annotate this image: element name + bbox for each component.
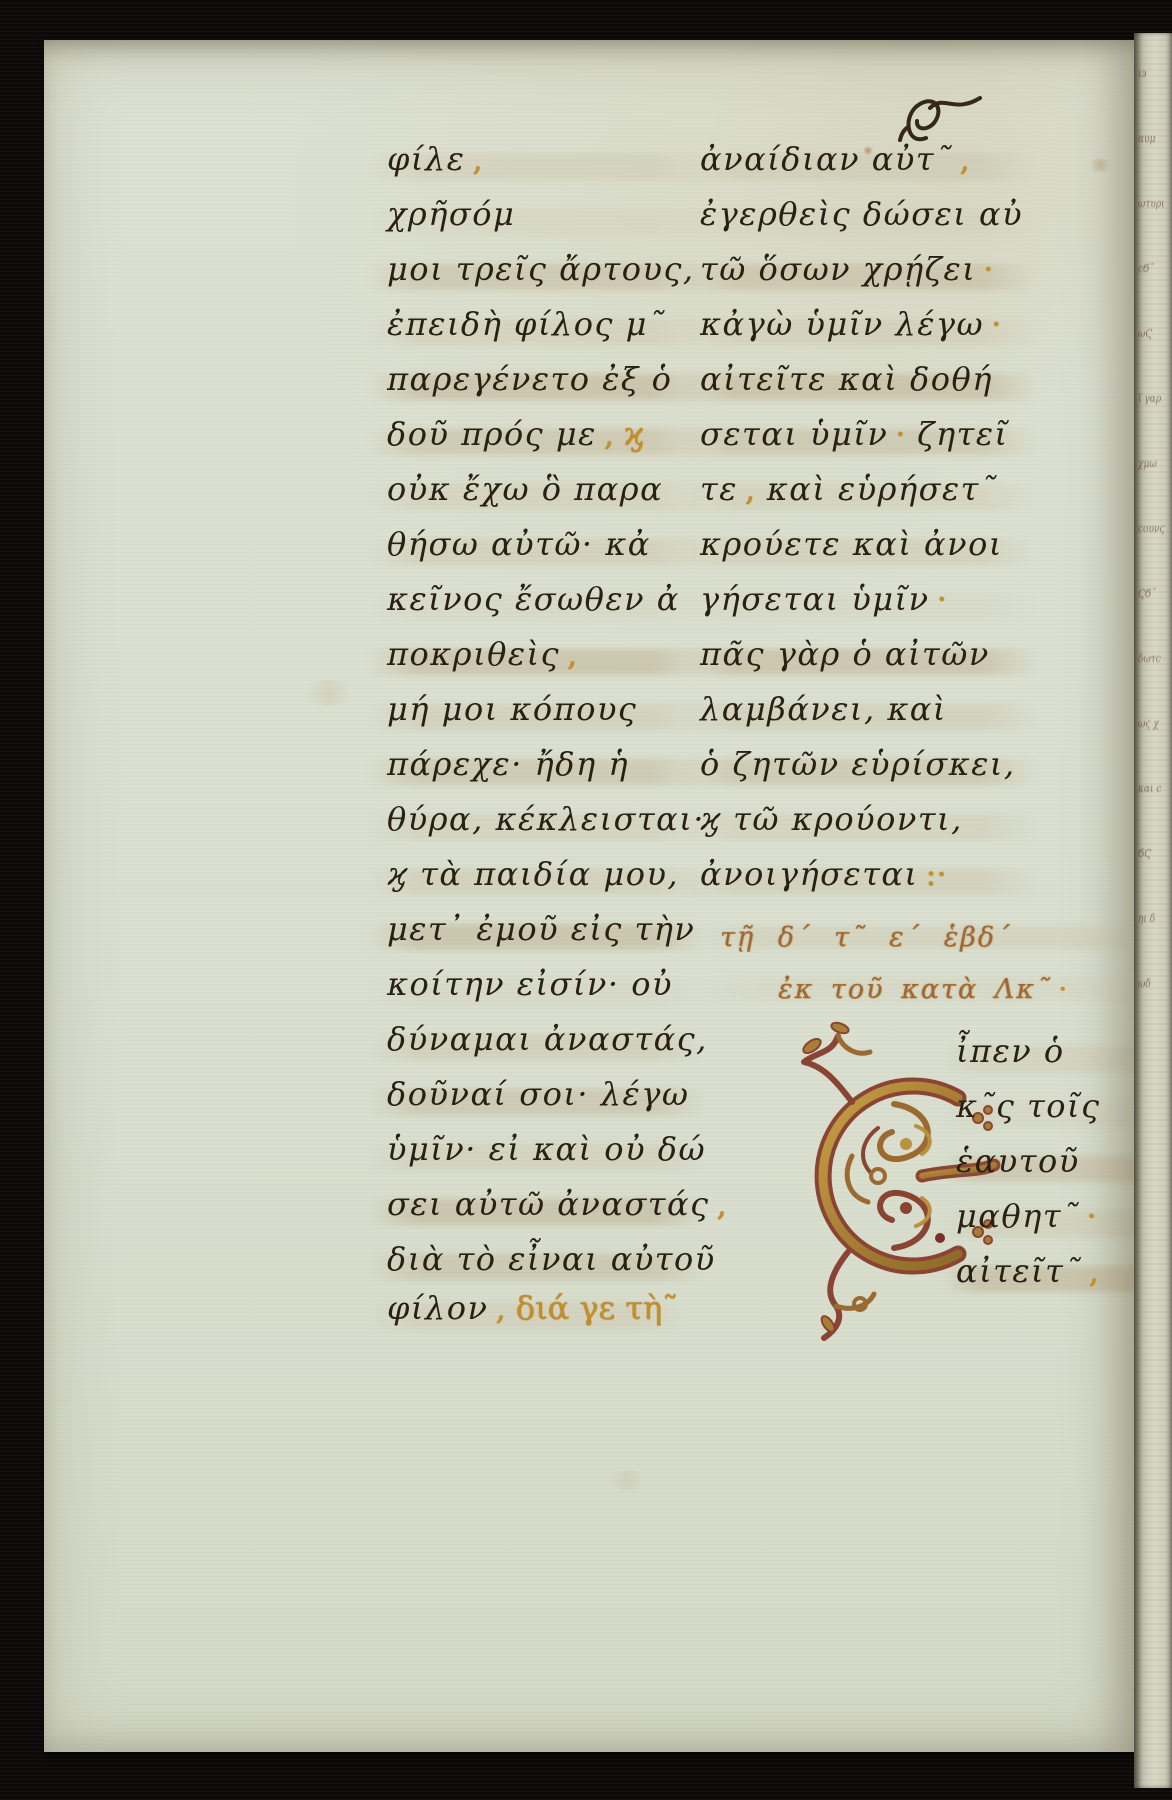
gold-mark: ,: [567, 635, 577, 673]
stain-spot: [299, 680, 359, 706]
text-line: ἀνοιγήσεται:·: [700, 855, 1030, 910]
text-line: μοι τρεῖς ἄρτους,: [387, 250, 699, 305]
edge-text-mark: ϲουνϛ: [1138, 522, 1165, 535]
line-text: κεῖνος ἔσωθεν ἀ: [387, 580, 680, 618]
edge-text-mark: και ϲ: [1138, 782, 1165, 795]
edge-text-mark: χμω: [1138, 457, 1165, 470]
text-line: τε, καὶ εὑρήσετ῀: [700, 470, 1030, 525]
line-text: ἐγερθεὶς δώσει αὐ: [700, 195, 1023, 233]
line-text: ἐκ τοῦ κατὰ Λκ῀: [778, 974, 1051, 1005]
edge-text-mark: αυμ: [1138, 132, 1165, 145]
manuscript-page: φίλε,χρῆσόμμοι τρεῖς ἄρτους,ἐπειδὴ φίλος…: [44, 40, 1134, 1752]
line-text: δύναμαι ἀναστάς,: [387, 1020, 708, 1058]
text-line: δύναμαι ἀναστάς,: [387, 1020, 699, 1075]
edge-text-mark: ωδ: [1138, 977, 1165, 990]
text-column-left-last-line: φίλον, διά γε τὴ῀: [387, 1289, 678, 1344]
manuscript-photo: φίλε,χρῆσόμμοι τρεῖς ἄρτους,ἐπειδὴ φίλος…: [0, 0, 1172, 1800]
text-line: θήσω αὐτῶ· κἀ: [387, 525, 699, 580]
line-text: καὶ εὑρήσετ῀: [755, 470, 997, 508]
edge-text-mark: ϬϚ: [1138, 847, 1165, 860]
text-column-left: φίλε,χρῆσόμμοι τρεῖς ἄρτους,ἐπειδὴ φίλος…: [387, 140, 699, 1295]
line-text: μή μοι κόπους: [387, 690, 637, 728]
edge-text-mark: ϚϬ῀: [1138, 587, 1165, 600]
text-line: πάρεχε· ἤδη ἡ: [387, 745, 699, 800]
line-text: πᾶς γὰρ ὁ αἰτῶν: [700, 635, 990, 673]
gold-mark: :·: [926, 855, 947, 893]
line-text: σεται ὑμῖν: [700, 415, 888, 453]
edge-text-mark: ωϛ χ: [1138, 717, 1165, 730]
gold-mark: ·: [937, 580, 947, 618]
text-line: ἀναίδιαν αὐτ῀,: [700, 140, 1030, 195]
line-text: μετ᾽ ἐμοῦ εἰς τὴν: [387, 910, 695, 948]
text-line: χρῆσόμ: [387, 195, 699, 250]
text-line: κρούετε καὶ ἀνοι: [700, 525, 1030, 580]
line-text: κἀγὼ ὑμῖν λέγω: [700, 305, 984, 343]
edge-text-mark: ωϚ: [1138, 327, 1165, 340]
line-text: ἐπειδὴ φίλος μ῀: [387, 305, 665, 343]
line-text: οὐκ ἔχω ὃ παρα: [387, 470, 663, 508]
line-text: τῶ ὅσων χρῄζει: [700, 250, 976, 288]
text-line: δοῦ πρός με, ϗ: [387, 415, 699, 470]
text-line: κἀγὼ ὑμῖν λέγω·: [700, 305, 1030, 360]
gold-mark: ,: [745, 470, 755, 508]
gold-mark: , διά γε τὴ῀: [495, 1289, 678, 1327]
text-line: μετ᾽ ἐμοῦ εἰς τὴν: [387, 910, 699, 965]
line-text: παρεγένετο ἐξ ὁ: [387, 360, 672, 398]
edge-text-mark: ϲϬ῀: [1138, 262, 1165, 275]
line-text: αἰτεῖτε καὶ δοθή: [700, 360, 993, 398]
line-text: μαθητ῀: [956, 1197, 1080, 1235]
line-text: πάρεχε· ἤδη ἡ: [387, 745, 629, 783]
text-line: ἐγερθεὶς δώσει αὐ: [700, 195, 1030, 250]
text-line: γήσεται ὑμῖν·: [700, 580, 1030, 635]
text-line: φίλον, διά γε τὴ῀: [387, 1289, 678, 1344]
edge-text-mark: ωτυρι: [1138, 197, 1165, 210]
line-text: κοίτην εἰσίν· οὐ: [387, 965, 673, 1003]
gold-mark: ·: [1087, 1197, 1097, 1235]
line-text: ἀνοιγήσεται: [700, 855, 919, 893]
text-line: σει αὐτῶ ἀναστάς,: [387, 1185, 699, 1240]
gold-mark: ,: [960, 140, 970, 178]
text-line: ποκριθεὶς,: [387, 635, 699, 690]
line-text: ἀναίδιαν αὐτ῀: [700, 140, 953, 178]
line-text: διὰ τὸ εἶναι αὐτοῦ: [387, 1240, 716, 1278]
text-line: μή μοι κόπους: [387, 690, 699, 745]
line-text: ὁ ζητῶν εὑρίσκει,: [700, 745, 1016, 783]
text-line: τῇ δ΄ τ῀ ε΄ ἑβδ΄: [720, 912, 1140, 964]
line-text: δοῦ πρός με: [387, 415, 597, 453]
line-text: ϗ τῶ κρούοντι,: [700, 800, 963, 838]
gold-mark: ·: [895, 415, 905, 453]
stain-spot: [1087, 158, 1113, 172]
gold-mark: ·: [983, 250, 993, 288]
text-line: ϗ τὰ παιδία μου,: [387, 855, 699, 910]
text-line: αἰτεῖτε καὶ δοθή: [700, 360, 1030, 415]
edge-text-mark: ηι δ: [1138, 912, 1165, 925]
line-text: φίλον: [387, 1289, 488, 1327]
line-text: ϗ τὰ παιδία μου,: [387, 855, 679, 893]
text-line: σεται ὑμῖν· ζητεῖ: [700, 415, 1030, 470]
line-text: φίλε: [387, 140, 465, 178]
line-text: ζητεῖ: [905, 415, 1008, 453]
gold-mark: ·: [991, 305, 1001, 343]
edge-text-mark: ϊ γαρ: [1138, 392, 1165, 405]
gold-mark: ·: [1058, 974, 1067, 1005]
text-line: ἐπειδὴ φίλος μ῀: [387, 305, 699, 360]
line-text: σει αὐτῶ ἀναστάς: [387, 1185, 710, 1223]
line-text: τε: [700, 470, 738, 508]
lection-rubric: τῇ δ΄ τ῀ ε΄ ἑβδ΄ἐκ τοῦ κατὰ Λκ῀·: [720, 912, 1140, 1016]
text-line: δοῦναί σοι· λέγω: [387, 1075, 699, 1130]
line-text: χρῆσόμ: [387, 195, 515, 233]
line-text: γήσεται ὑμῖν: [700, 580, 930, 618]
line-text: λαμβάνει, καὶ: [700, 690, 947, 728]
line-text: τῇ δ΄ τ῀ ε΄ ἑβδ΄: [720, 922, 1011, 953]
text-line: ὑμῖν· εἰ καὶ οὐ δώ: [387, 1130, 699, 1185]
text-line: θύρα, κέκλεισται·: [387, 800, 699, 855]
line-text: μοι τρεῖς ἄρτους,: [387, 250, 695, 288]
text-column-right: ἀναίδιαν αὐτ῀,ἐγερθεὶς δώσει αὐτῶ ὅσων χ…: [700, 140, 1030, 910]
text-line: φίλε,: [387, 140, 699, 195]
line-text: δοῦναί σοι· λέγω: [387, 1075, 689, 1113]
text-line: λαμβάνει, καὶ: [700, 690, 1030, 745]
line-text: θήσω αὐτῶ· κἀ: [387, 525, 651, 563]
line-text: ἑαυτοῦ: [956, 1142, 1080, 1180]
text-line: κεῖνος ἔσωθεν ἀ: [387, 580, 699, 635]
gold-mark: ,: [472, 140, 482, 178]
gold-mark: , ϗ: [604, 415, 644, 453]
text-line: παρεγένετο ἐξ ὁ: [387, 360, 699, 415]
line-text: ὑμῖν· εἰ καὶ οὐ δώ: [387, 1130, 706, 1168]
fore-edge-pages: ι϶αυμωτυριϲϬ῀ωϚϊ γαρχμωϲουνϛϚϬ῀δωτϲωϛ χκ…: [1134, 33, 1172, 1788]
gold-mark: ,: [717, 1185, 727, 1223]
text-line: τῶ ὅσων χρῄζει·: [700, 250, 1030, 305]
line-text: ἶπεν ὁ: [956, 1032, 1065, 1070]
text-line: πᾶς γὰρ ὁ αἰτῶν: [700, 635, 1030, 690]
stain-spot: [604, 1470, 650, 1490]
text-line: ὁ ζητῶν εὑρίσκει,: [700, 745, 1030, 800]
text-line: κοίτην εἰσίν· οὐ: [387, 965, 699, 1020]
line-text: κ῀ς τοῖς: [956, 1087, 1101, 1125]
edge-text-mark: δωτϲ: [1138, 652, 1165, 665]
edge-text-mark: ι϶: [1138, 67, 1165, 80]
line-text: κρούετε καὶ ἀνοι: [700, 525, 1003, 563]
line-text: αἰτεῖτ῀: [956, 1252, 1082, 1290]
text-line: ϗ τῶ κρούοντι,: [700, 800, 1030, 855]
line-text: θύρα, κέκλεισται·: [387, 800, 705, 838]
text-line: οὐκ ἔχω ὃ παρα: [387, 470, 699, 525]
gold-mark: ,: [1089, 1252, 1099, 1290]
line-text: ποκριθεὶς: [387, 635, 560, 673]
text-line: διὰ τὸ εἶναι αὐτοῦ: [387, 1240, 699, 1295]
